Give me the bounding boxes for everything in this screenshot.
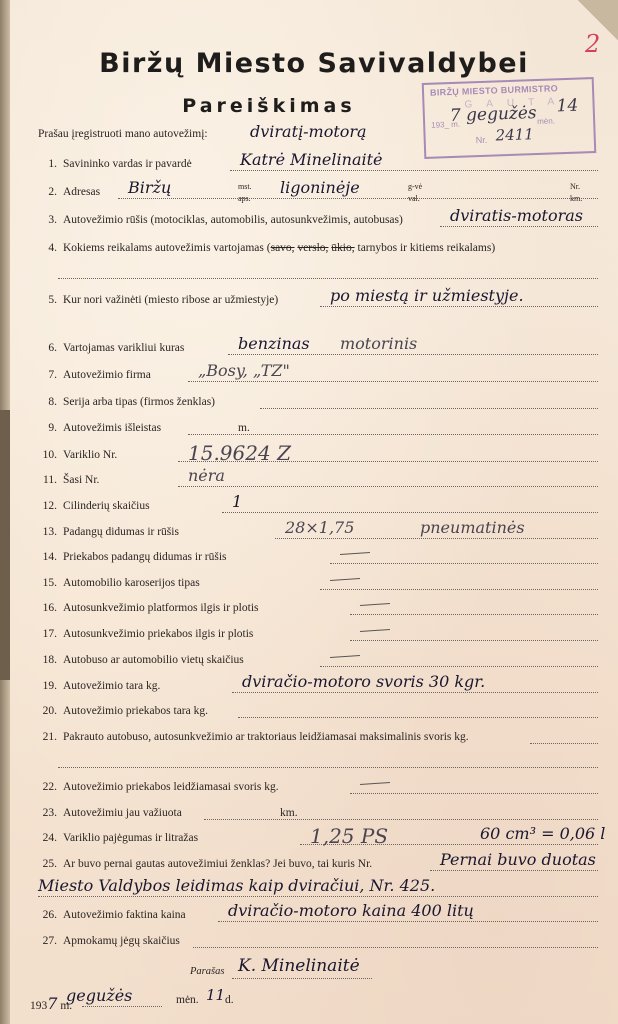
- field-label: Autovežimio tara kg.: [63, 680, 160, 692]
- field-number: 17.: [32, 628, 57, 640]
- field-label-suffix: tarnybos ir kitiems reikalams): [358, 242, 496, 254]
- field-value: „Bosy, „TZ": [198, 361, 290, 380]
- field-extra-line: [58, 767, 598, 768]
- form-field-row: 23.Autovežimiu jau važiuota: [32, 807, 606, 819]
- field-label: Autovežimio rūšis (motociklas, automobil…: [63, 214, 403, 226]
- address-sub-label: km.: [570, 194, 582, 203]
- field-number: 9.: [32, 422, 57, 434]
- field-fill-line: [118, 198, 598, 199]
- field-number: 11.: [32, 474, 57, 486]
- field-number: 5.: [32, 294, 57, 306]
- form-field-row: 27.Apmokamų jėgų skaičius: [32, 935, 606, 947]
- field-value-secondary: pneumatinės: [420, 518, 525, 537]
- field-number: 6.: [32, 342, 57, 354]
- field-number: 13.: [32, 526, 57, 538]
- field-fill-line: [530, 743, 598, 744]
- field-label: Autosunkvežimio priekabos ilgis ir ploti…: [63, 628, 253, 640]
- field-label: Šasi Nr.: [63, 474, 99, 486]
- field-label: Kur nori važinėti (miesto ribose ar užmi…: [63, 294, 278, 306]
- address-sub-label: val.: [408, 194, 420, 203]
- field-label: Ar buvo pernai gautas autovežimiui ženkl…: [63, 858, 372, 870]
- field-value-secondary: motorinis: [340, 334, 417, 353]
- form-field-row: 4.Kokiems reikalams autovežimis vartojam…: [32, 242, 606, 254]
- field-value: dviračio-motoro kaina 400 litų: [228, 901, 474, 920]
- form-field-row: 12.Cilinderių skaičius: [32, 500, 606, 512]
- form-field-row: 11.Šasi Nr.: [32, 474, 606, 486]
- field-number: 4.: [32, 242, 57, 254]
- field-number: 3.: [32, 214, 57, 226]
- field-label: Cilinderių skaičius: [63, 500, 150, 512]
- field-number: 21.: [32, 731, 57, 743]
- field-fill-line: [204, 819, 598, 820]
- field-value-continuation: Miesto Valdybos leidimas kaip dviračiui,…: [38, 876, 435, 895]
- field-fill-line: [330, 563, 598, 564]
- field-value: dviračio-motoro svoris 30 kgr.: [242, 672, 485, 691]
- date-day: 11: [206, 986, 225, 1004]
- field-number: 26.: [32, 909, 57, 921]
- field-value: po miestą ir užmiestyje.: [330, 286, 524, 305]
- field-value: 28×1,75: [285, 518, 354, 537]
- field-label: Autovežimio firma: [63, 369, 151, 381]
- field-fill-line: [232, 692, 598, 693]
- field-number: 15.: [32, 577, 57, 589]
- field-fill-line: [260, 408, 598, 409]
- form-field-row: 17.Autosunkvežimio priekabos ilgis ir pl…: [32, 628, 606, 640]
- field-fill-line: [275, 538, 598, 539]
- field-fill-line: [228, 354, 598, 355]
- field-fill-line: [178, 486, 598, 487]
- field-number: 19.: [32, 680, 57, 692]
- field-value: 1: [232, 492, 242, 511]
- field-fill-line: [230, 170, 598, 171]
- field-number: 14.: [32, 551, 57, 563]
- field-extra-line: [58, 278, 598, 279]
- document-title: Biržų Miesto Savivaldybei: [10, 48, 618, 79]
- form-field-row: 16.Autosunkvežimio platformos ilgis ir p…: [32, 602, 606, 614]
- field-number: 22.: [32, 781, 57, 793]
- form-field-row: 7.Autovežimio firma: [32, 369, 606, 381]
- field-fill-line: [320, 589, 598, 590]
- field-fill-line: [188, 381, 598, 382]
- form-field-row: 20.Autovežimio priekabos tara kg.: [32, 705, 606, 717]
- form-field-row: 14.Priekabos padangų didumas ir rūšis: [32, 551, 606, 563]
- date-year-digit: 7: [47, 994, 57, 1013]
- field-value: 1,25 PS: [310, 824, 388, 848]
- address-sub-label: aps.: [238, 194, 251, 203]
- address-sub-label: g-vė: [408, 182, 422, 191]
- struck-option: savo,: [271, 242, 295, 254]
- address-sub-label: Nr.: [570, 182, 580, 191]
- field-label: Autovežimio priekabos tara kg.: [63, 705, 208, 717]
- date-month-dots: [82, 1006, 162, 1007]
- intro-label: Prašau įregistruoti mano autovežimį:: [38, 128, 208, 140]
- field-number: 12.: [32, 500, 57, 512]
- field-label: Variklio pajėgumas ir litražas: [63, 832, 198, 844]
- field-unit: km.: [280, 807, 298, 819]
- address-sub-label: mst.: [238, 182, 252, 191]
- form-field-row: 21.Pakrauto autobuso, autosunkvežimio ar…: [32, 731, 606, 743]
- field-number: 27.: [32, 935, 57, 947]
- field-value: Biržų: [128, 178, 171, 197]
- field-label: Autobuso ar automobilio vietų skaičius: [63, 654, 244, 666]
- field-value: Katrė Minelinaitė: [240, 150, 383, 169]
- field-value: benzinas: [238, 334, 310, 353]
- field-fill-line: [188, 434, 598, 435]
- field-number: 1.: [32, 158, 57, 170]
- field-number: 24.: [32, 832, 57, 844]
- form-field-row: 15.Automobilio karoserijos tipas: [32, 577, 606, 589]
- document-page: 2 Biržų Miesto Savivaldybei Pareiškimas …: [10, 0, 618, 1024]
- field-continuation-line: [38, 896, 598, 897]
- field-value-secondary: ligoninėje: [280, 178, 360, 197]
- stamp-handwritten-day: 14: [556, 96, 578, 117]
- form-field-row: 10.Variklio Nr.: [32, 449, 606, 461]
- field-fill-line: [440, 226, 598, 227]
- intro-value: dviratį-motorą: [250, 122, 367, 141]
- date-month: gegužės: [66, 986, 132, 1005]
- field-unit: m.: [238, 422, 250, 434]
- field-number: 23.: [32, 807, 57, 819]
- field-fill-line: [222, 512, 598, 513]
- form-field-row: 9.Autovežimis išleistas: [32, 422, 606, 434]
- stamp-handwritten-date: 7 gegužės: [450, 103, 537, 126]
- stamp-month-label: mėn.: [537, 116, 555, 126]
- field-value: 15.9624 Z: [188, 441, 291, 465]
- form-field-row: 6.Vartojamas varikliui kuras: [32, 342, 606, 354]
- field-number: 8.: [32, 396, 57, 408]
- field-label: Savininko vardas ir pavardė: [63, 158, 192, 170]
- field-value: dviratis-motoras: [450, 206, 583, 225]
- field-label: Priekabos padangų didumas ir rūšis: [63, 551, 227, 563]
- field-fill-line: [193, 947, 598, 948]
- field-fill-line: [320, 666, 598, 667]
- signature-value: K. Minelinaitė: [238, 956, 360, 976]
- field-number: 10.: [32, 449, 57, 461]
- form-field-row: 22.Autovežimio priekabos leidžiamasai sv…: [32, 781, 606, 793]
- signature-dots: [232, 978, 372, 979]
- field-label: Padangų didumas ir rūšis: [63, 526, 179, 538]
- field-number: 7.: [32, 369, 57, 381]
- field-fill-line: [320, 306, 598, 307]
- field-label: Adresas: [63, 186, 100, 198]
- field-label: Autovežimio faktina kaina: [63, 909, 186, 921]
- field-label: Kokiems reikalams autovežimis vartojamas…: [63, 242, 271, 254]
- stamp-header: BIRŽŲ MIESTO BURMISTRO: [430, 83, 558, 97]
- field-label: Variklio Nr.: [63, 449, 117, 461]
- form-field-row: 8.Serija arba tipas (firmos ženklas): [32, 396, 606, 408]
- field-label: Autosunkvežimio platformos ilgis ir plot…: [63, 602, 259, 614]
- field-value: nėra: [188, 466, 225, 485]
- field-label: Apmokamų jėgų skaičius: [63, 935, 180, 947]
- date-year-prefix: 193: [30, 1000, 47, 1012]
- field-label: Pakrauto autobuso, autosunkvežimio ar tr…: [63, 731, 469, 743]
- field-value-secondary: 60 cm³ = 0,06 l: [480, 824, 605, 843]
- field-label: Serija arba tipas (firmos ženklas): [63, 396, 215, 408]
- field-value: Pernai buvo duotas: [440, 850, 596, 869]
- field-label: Automobilio karoserijos tipas: [63, 577, 200, 589]
- field-number: 20.: [32, 705, 57, 717]
- field-label: Autovežimiu jau važiuota: [63, 807, 182, 819]
- field-label: Autovežimis išleistas: [63, 422, 161, 434]
- field-fill-line: [238, 717, 598, 718]
- struck-option: verslo,: [297, 242, 328, 254]
- struck-option: ūkio,: [331, 242, 354, 254]
- received-stamp: BIRŽŲ MIESTO BURMISTRO GAUTA 193_ m. mėn…: [422, 77, 597, 159]
- field-label: Autovežimio priekabos leidžiamasai svori…: [63, 781, 279, 793]
- field-number: 2.: [32, 186, 57, 198]
- field-fill-line: [430, 870, 598, 871]
- form-field-row: 18.Autobuso ar automobilio vietų skaičiu…: [32, 654, 606, 666]
- field-number: 16.: [32, 602, 57, 614]
- field-fill-line: [350, 793, 598, 794]
- field-fill-line: [350, 640, 598, 641]
- field-fill-line: [350, 614, 598, 615]
- field-number: 18.: [32, 654, 57, 666]
- date-day-label: d.: [225, 994, 606, 1006]
- field-fill-line: [218, 921, 598, 922]
- field-label: Vartojamas varikliui kuras: [63, 342, 184, 354]
- field-number: 25.: [32, 858, 57, 870]
